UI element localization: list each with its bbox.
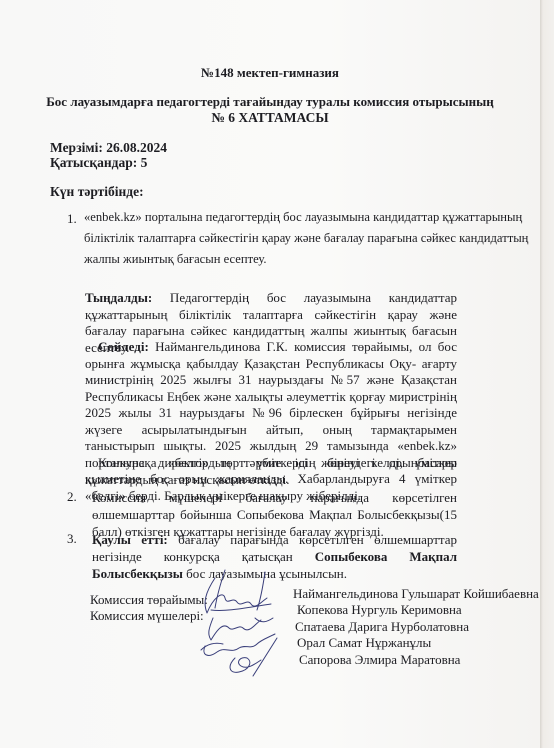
signature-labels: Комиссия төрайымы: Комиссия мүшелері:	[90, 592, 208, 624]
document-title: Бос лауазымдарға педагогтерді тағайындау…	[0, 94, 540, 110]
participants-count: Қатысқандар: 5	[50, 155, 147, 171]
member-name: Орал Самат Нұржанұлы	[293, 635, 539, 651]
item-number: 3.	[67, 531, 77, 547]
agenda-item-line: «enbek.kz» порталына педагогтердің бос л…	[84, 207, 522, 228]
item-number: 2.	[67, 489, 77, 505]
commission-members-list: Наймангельдинова Гульшарат Койшибаевна К…	[293, 586, 539, 668]
page-edge	[540, 0, 554, 748]
member-name: Копекова Нургуль Керимовна	[293, 602, 539, 618]
resolution-label: Қаулы етті:	[92, 532, 168, 547]
agenda-heading: Күн тәртібінде:	[50, 184, 144, 200]
member-name: Спатаева Дарига Нурболатовна	[293, 619, 539, 635]
chair-label: Комиссия төрайымы:	[90, 592, 208, 608]
meeting-date: Мерзімі: 26.08.2024	[50, 140, 167, 156]
spoke-continuation: Конкурсқа «белгі» төрт үміткердің біреуі…	[85, 455, 457, 488]
agenda-item-number: 1.	[67, 211, 77, 227]
spoke-label: Сөйледі:	[98, 339, 149, 354]
agenda-item-line: біліктілік талаптарға сәйкестігін қарау …	[84, 228, 528, 249]
member-name: Наймангельдинова Гульшарат Койшибаевна	[293, 586, 539, 602]
members-label: Комиссия мүшелері:	[90, 608, 208, 624]
agenda-item-line: жалпы жиынтық бағасын есептеу.	[84, 249, 267, 270]
school-name: №148 мектеп-гимназия	[0, 65, 540, 81]
heard-label: Тыңдалды:	[85, 290, 152, 305]
handwritten-signatures-icon	[195, 568, 295, 678]
protocol-number: № 6 ХАТТАМАСЫ	[0, 110, 540, 126]
member-name: Сапорова Элмира Маратовна	[293, 652, 539, 668]
